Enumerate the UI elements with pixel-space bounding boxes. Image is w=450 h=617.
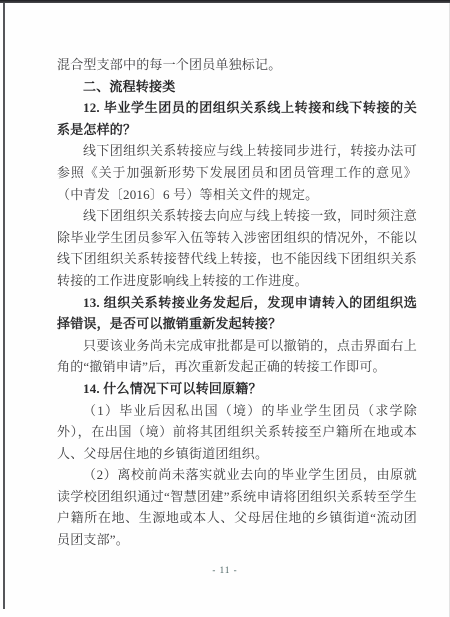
- document-body: 混合型支部中的每一个团员单独标记。二、流程转接类12. 毕业学生团员的团组织关系…: [57, 54, 417, 551]
- section-heading: 二、流程转接类: [57, 76, 417, 98]
- page-number: - 11 -: [0, 565, 450, 575]
- page-left-edge: [3, 3, 5, 609]
- body-paragraph: 只要该业务尚未完成审批都是可以撤销的，点击界面右上角的“撤销申请”后，再次重新发…: [57, 335, 417, 378]
- body-paragraph: 线下团组织关系转接应与线上转接同步进行，转接办法可参照《关于加强新形势下发展团员…: [57, 140, 417, 205]
- scanned-document-page: 混合型支部中的每一个团员单独标记。二、流程转接类12. 毕业学生团员的团组织关系…: [0, 0, 450, 617]
- question-heading: 12. 毕业学生团员的团组织关系线上转接和线下转接的关系是怎样的？: [57, 97, 417, 140]
- question-heading: 13. 组织关系转接业务发起后，发现申请转入的团组织选择错误，是否可以撤销重新发…: [57, 292, 417, 335]
- body-paragraph: 混合型支部中的每一个团员单独标记。: [57, 54, 417, 76]
- body-paragraph: （2）离校前尚未落实就业去向的毕业学生团员，由原就读学校团组织通过“智慧团建”系…: [57, 464, 417, 550]
- body-paragraph: （1）毕业后因私出国（境）的毕业学生团员（求学除外），在出国（境）前将其团组织关…: [57, 400, 417, 465]
- body-paragraph: 线下团组织关系转接去向应与线上转接一致，同时须注意除毕业学生团员参军入伍等转入涉…: [57, 205, 417, 291]
- page-top-edge: [0, 0, 450, 3]
- question-heading: 14. 什么情况下可以转回原籍？: [57, 378, 417, 400]
